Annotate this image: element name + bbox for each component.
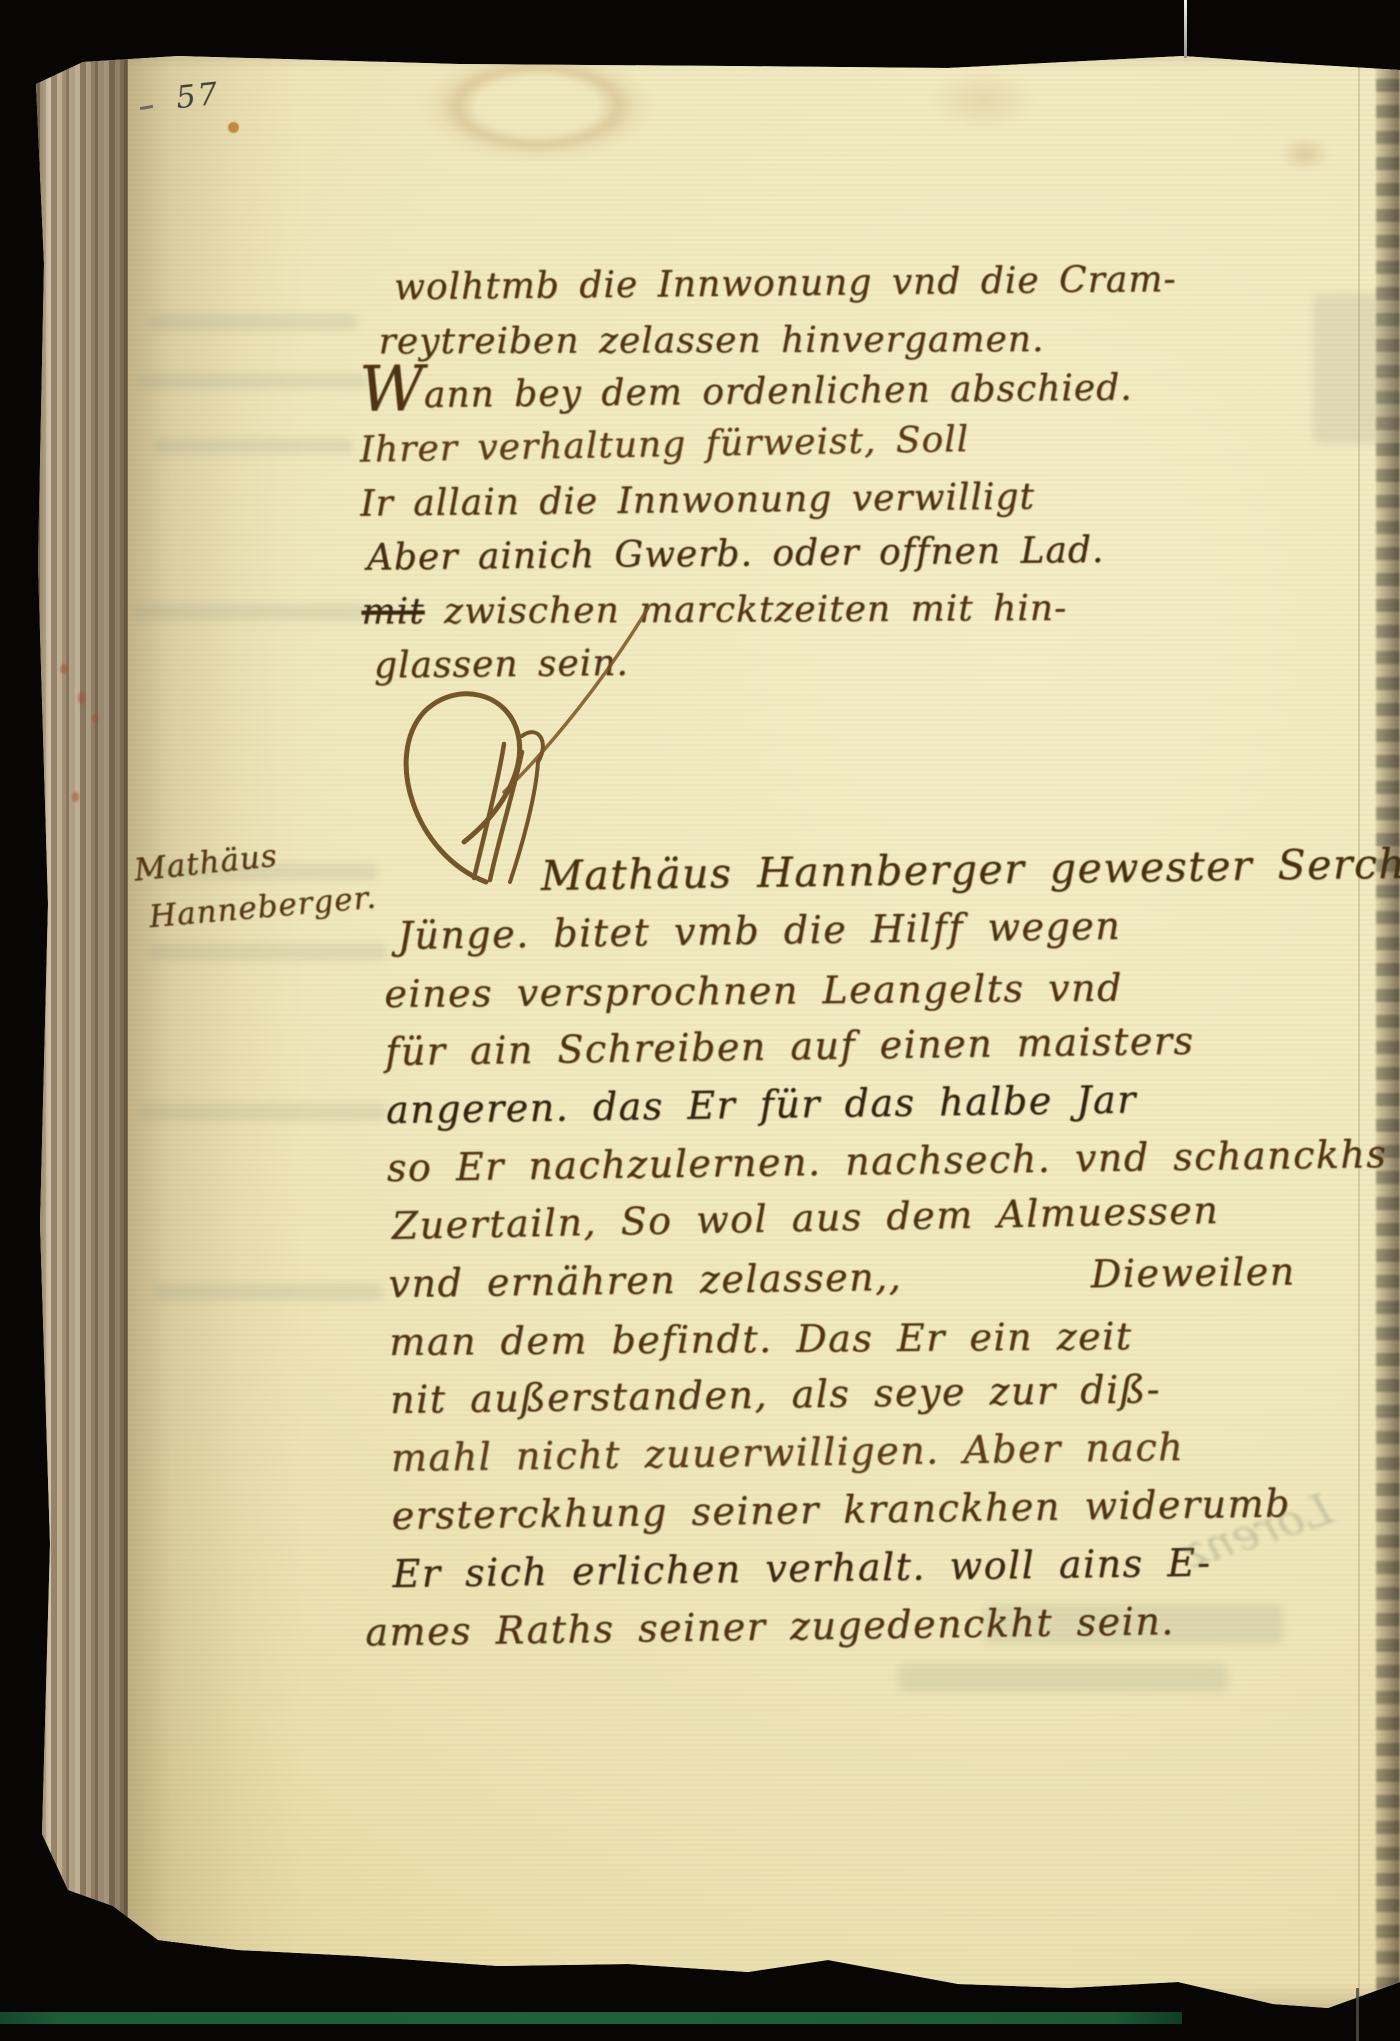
red-speck [92, 714, 98, 723]
mount-seam-line [1356, 1988, 1359, 2041]
bleed-through-mark [133, 604, 373, 620]
bleed-through-mark [898, 1664, 1228, 1692]
red-speck [72, 792, 79, 802]
red-speck [78, 692, 85, 704]
bleed-through-mark [148, 944, 388, 960]
manuscript-line: mit zwischen marcktzeiten mit hin- [361, 582, 1061, 640]
bleed-through-mark [148, 314, 358, 330]
manuscript-line: wolhtmb die Innwonung vnd die Cram- [394, 254, 1059, 315]
manuscript-line: reytreiben zelassen hinvergamen. [379, 313, 1059, 369]
folio-number: 57 [174, 76, 221, 116]
manuscript-line: glassen sein. [374, 632, 1063, 693]
flourish-stroke [504, 608, 648, 792]
bleed-through-mark [138, 1104, 388, 1120]
book-fore-edge [28, 44, 132, 2016]
bleed-through-mark [1313, 294, 1398, 444]
pen-tail-stroke [496, 600, 656, 800]
manuscript-line: Ihrer verhaltung fürweist, Soll [359, 411, 1060, 477]
manuscript-line: Mathäus Hannberger gewester Serchmid [540, 835, 1393, 905]
red-speck [60, 664, 68, 674]
manuscript-line: man dem befindt. Das Er ein zeit [389, 1305, 1399, 1371]
manuscript-line: eines versprochnen Leangelts vnd [384, 956, 1394, 1023]
manuscript-line: Ir allain die Innwonung verwilligt [360, 470, 1061, 531]
green-color-bar [0, 2012, 1182, 2024]
swash-capital: W [359, 389, 424, 390]
manuscript-line: Aber ainich Gwerb. oder offnen Lad. [367, 524, 1062, 585]
photo-mount-background: 57 wolhtmb die Innwonung vnd die Cram-re… [0, 0, 1400, 2041]
mount-seam-line [1184, 0, 1187, 58]
paragraph-1: wolhtmb die Innwonung vnd die Cram-reytr… [358, 254, 1062, 693]
bleed-through-mark [153, 439, 353, 453]
manuscript-page: 57 wolhtmb die Innwonung vnd die Cram-re… [28, 44, 1400, 2016]
bleed-through-mark [138, 374, 368, 388]
struck-word: mit [361, 591, 424, 632]
bleed-through-mark [153, 1284, 383, 1300]
